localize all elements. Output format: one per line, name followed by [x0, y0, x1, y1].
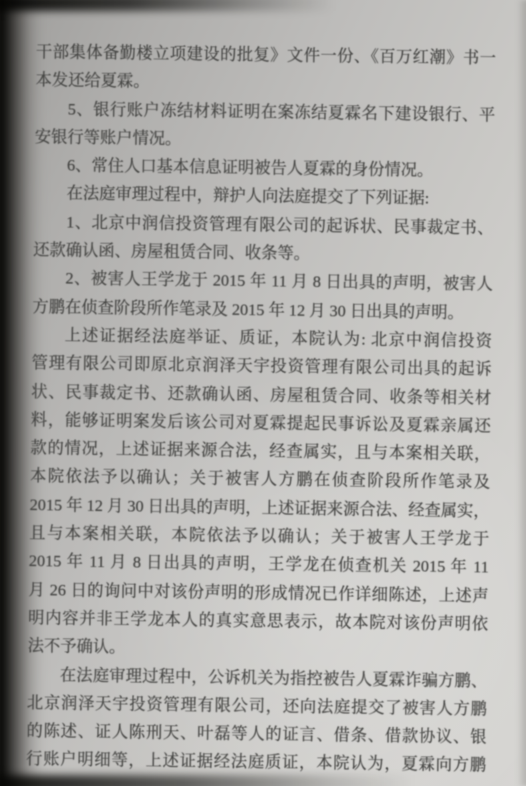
document-text: 干部集体备勤楼立项建设的批复》文件一份、《百万红潮》书一本发还给夏霖。5、银行账…	[26, 38, 496, 780]
right-edge-shadow	[517, 0, 526, 786]
photo-page: 干部集体备勤楼立项建设的批复》文件一份、《百万红潮》书一本发还给夏霖。5、银行账…	[0, 0, 526, 786]
top-left-edge-shadow	[0, 0, 334, 11]
